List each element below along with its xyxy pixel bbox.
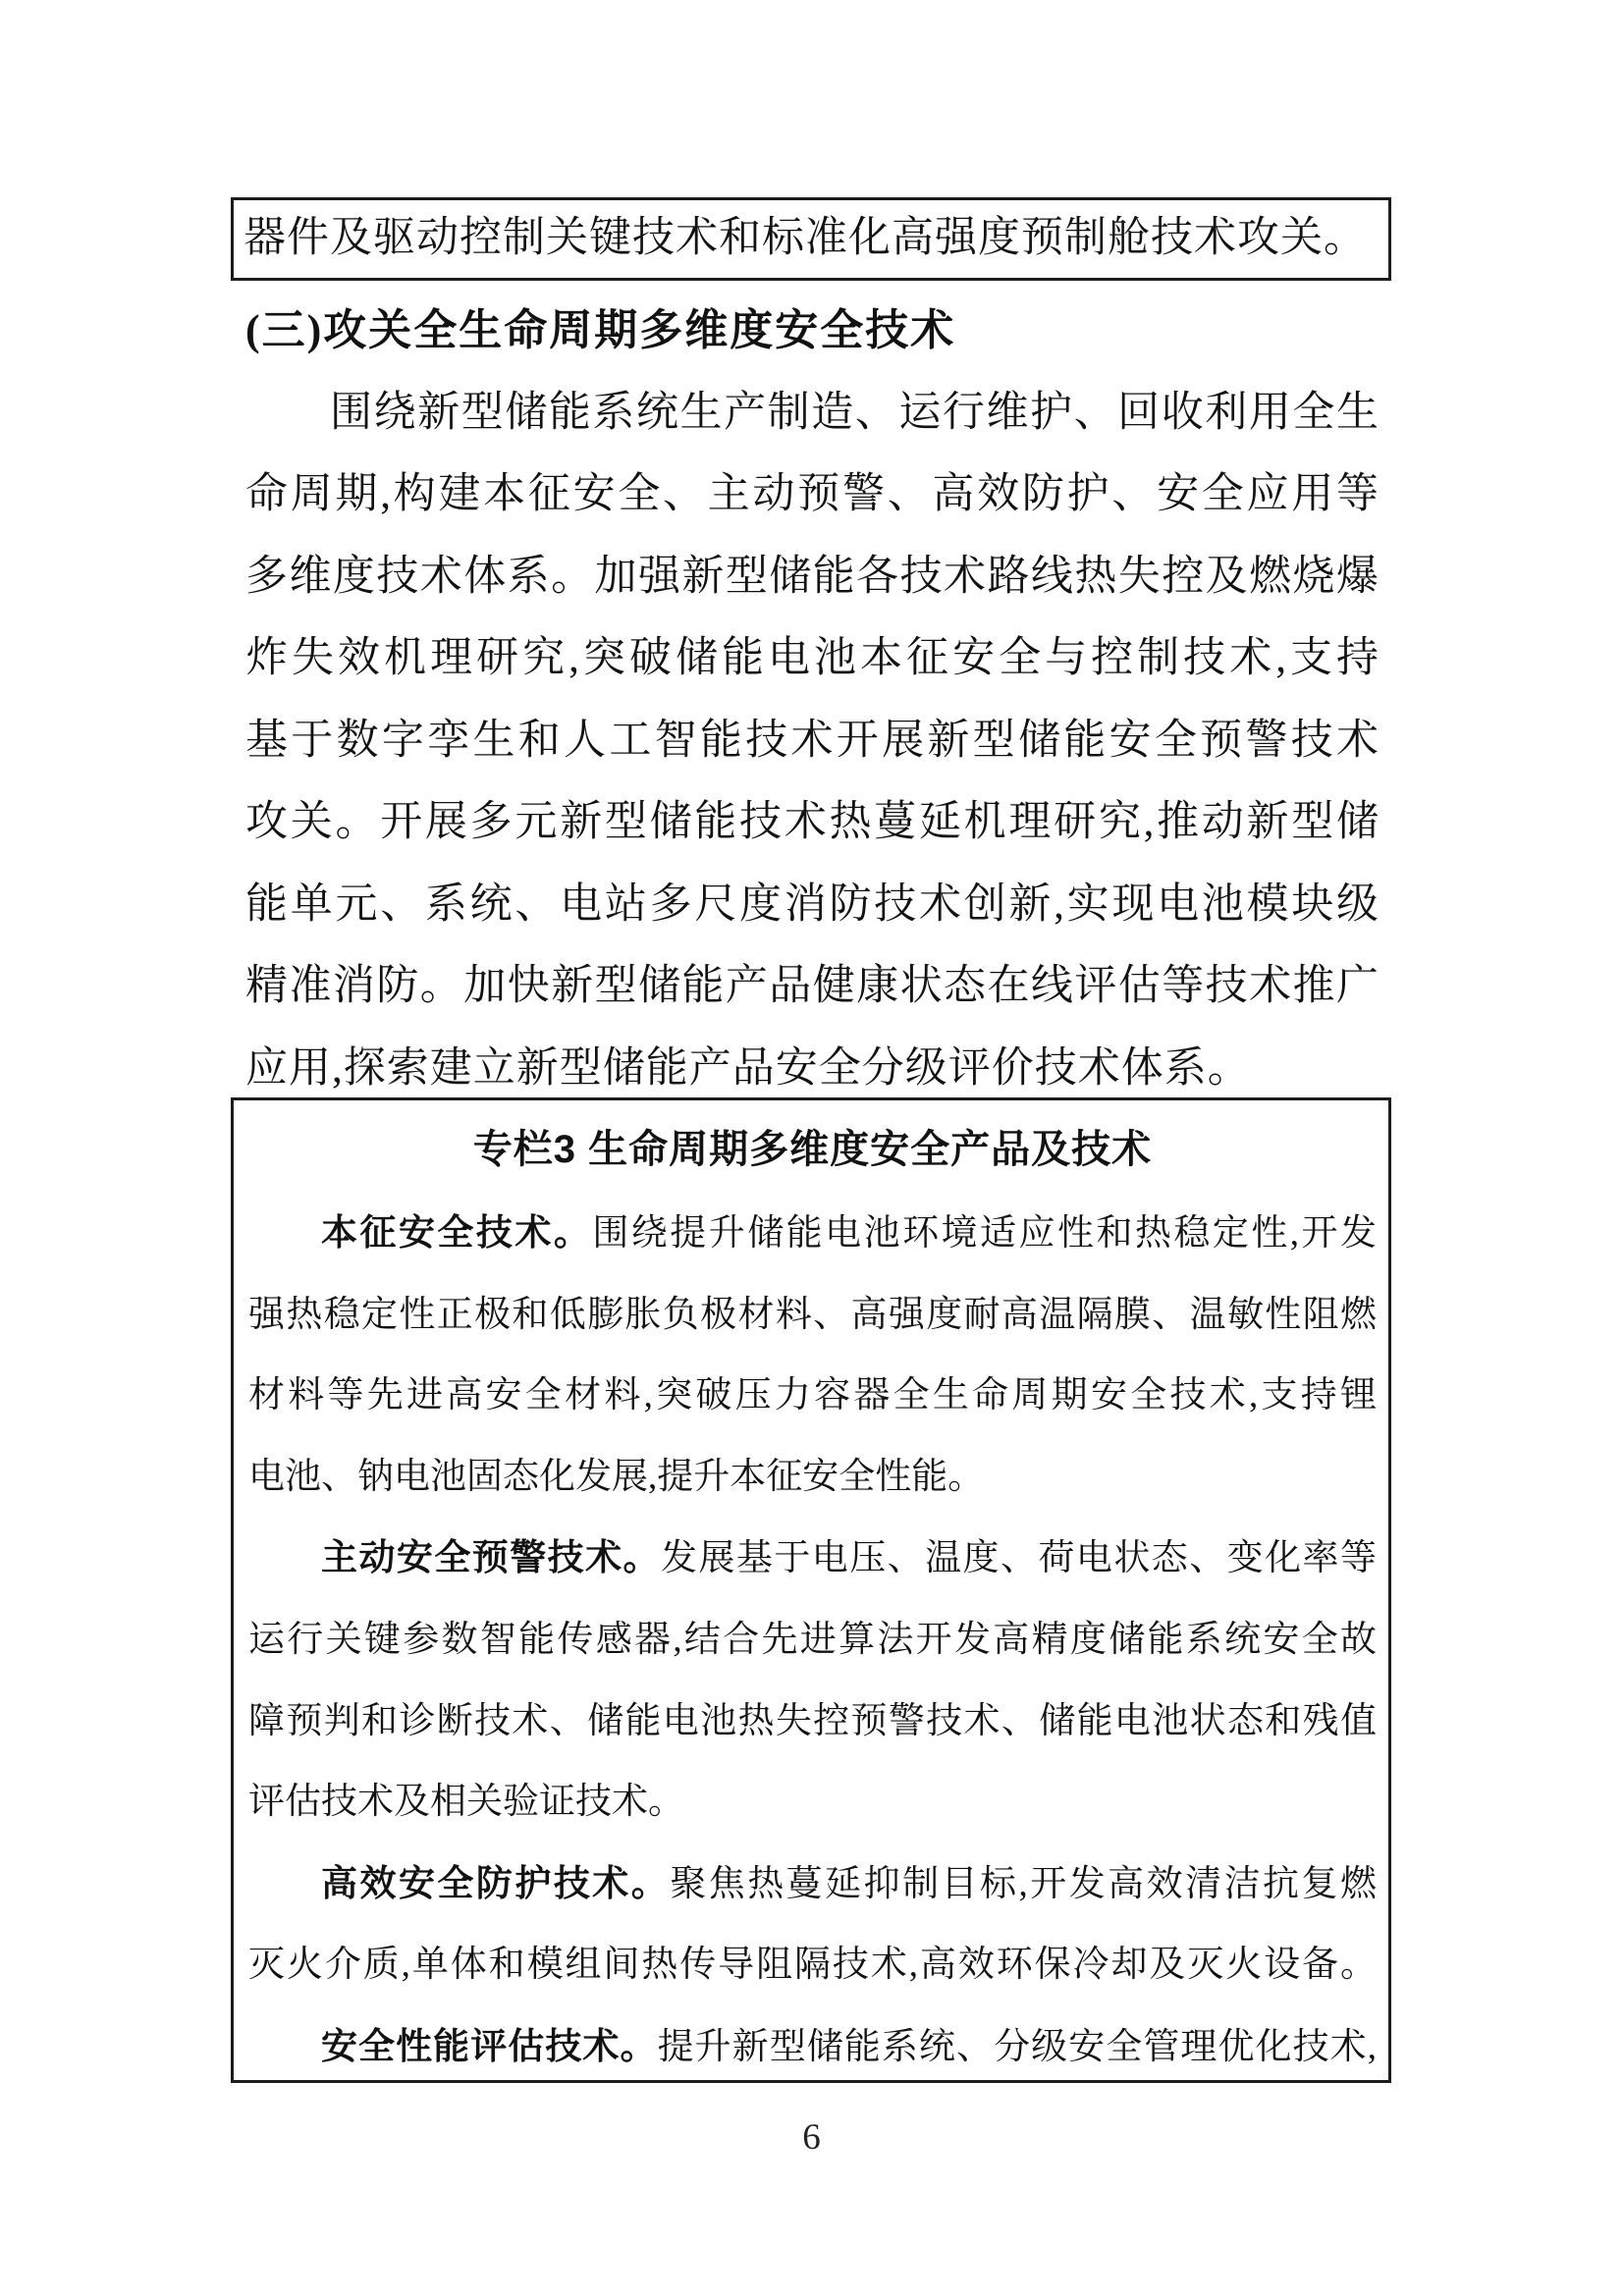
box-line-text: 提升新型储能系统、分级安全管理优化技术, — [658, 2027, 1377, 2067]
body-line: 攻关。开展多元新型储能技术热蔓延机理研究,推动新型储 — [245, 781, 1380, 864]
box-lead-text: 安全性能评估技术。 — [321, 2026, 658, 2066]
column-3-title: 专栏3 生命周期多维度安全产品及技术 — [248, 1106, 1377, 1193]
box-lead-text: 高效安全防护技术。 — [321, 1863, 670, 1903]
box-line: 主动安全预警技术。发展基于电压、温度、荷电状态、变化率等 — [248, 1518, 1377, 1600]
box-line-text: 围绕提升储能电池环境适应性和热稳定性,开发 — [592, 1213, 1377, 1254]
box-line: 本征安全技术。围绕提升储能电池环境适应性和热稳定性,开发 — [248, 1193, 1377, 1275]
body-line: 精准消防。加快新型储能产品健康状态在线评估等技术推广 — [245, 945, 1380, 1028]
box-line: 障预判和诊断技术、储能电池热失控预警技术、储能电池状态和残值 — [248, 1682, 1377, 1763]
body-line: 基于数字孪生和人工智能技术开展新型储能安全预警技术 — [245, 700, 1380, 782]
body-line: 多维度技术体系。加强新型储能各技术路线热失控及燃烧爆 — [245, 536, 1380, 618]
box-line: 电池、钠电池固态化发展,提升本征安全性能。 — [248, 1437, 1377, 1519]
body-line: 能单元、系统、电站多尺度消防技术创新,实现电池模块级 — [245, 864, 1380, 946]
page-number: 6 — [0, 2116, 1623, 2159]
section-heading: (三)攻关全生命周期多维度安全技术 — [245, 290, 1380, 372]
box-line: 强热稳定性正极和低膨胀负极材料、高强度耐高温隔膜、温敏性阻燃 — [248, 1275, 1377, 1357]
section-body: (三)攻关全生命周期多维度安全技术 围绕新型储能系统生产制造、运行维护、回收利用… — [245, 290, 1380, 1109]
continued-callout-text: 器件及驱动控制关键技术和标准化高强度预制舱技术攻关。 — [234, 200, 1388, 276]
box-line: 材料等先进高安全材料,突破压力容器全生命周期安全技术,支持锂 — [248, 1356, 1377, 1437]
body-line: 命周期,构建本征安全、主动预警、高效防护、安全应用等 — [245, 454, 1380, 536]
column-3-box: 专栏3 生命周期多维度安全产品及技术 本征安全技术。围绕提升储能电池环境适应性和… — [231, 1097, 1391, 2083]
box-line: 高效安全防护技术。聚焦热蔓延抑制目标,开发高效清洁抗复燃 — [248, 1843, 1377, 1926]
body-line: 围绕新型储能系统生产制造、运行维护、回收利用全生 — [245, 372, 1380, 454]
box-line: 灭火介质,单体和模组间热传导阻隔技术,高效环保冷却及灭火设备。 — [248, 1925, 1377, 2006]
continued-callout-box: 器件及驱动控制关键技术和标准化高强度预制舱技术攻关。 — [231, 197, 1391, 281]
box-line-text: 发展基于电压、温度、荷电状态、变化率等 — [661, 1538, 1377, 1578]
document-page: 器件及驱动控制关键技术和标准化高强度预制舱技术攻关。 (三)攻关全生命周期多维度… — [0, 0, 1623, 2296]
body-line: 炸失效机理研究,突破储能电池本征安全与控制技术,支持 — [245, 617, 1380, 700]
box-line: 安全性能评估技术。提升新型储能系统、分级安全管理优化技术, — [248, 2006, 1377, 2089]
box-line: 运行关键参数智能传感器,结合先进算法开发高精度储能系统安全故 — [248, 1600, 1377, 1682]
box-line: 评估技术及相关验证技术。 — [248, 1762, 1377, 1843]
box-lead-text: 本征安全技术。 — [321, 1212, 592, 1253]
box-line-text: 聚焦热蔓延抑制目标,开发高效清洁抗复燃 — [670, 1864, 1377, 1904]
box-lead-text: 主动安全预警技术。 — [321, 1537, 661, 1577]
